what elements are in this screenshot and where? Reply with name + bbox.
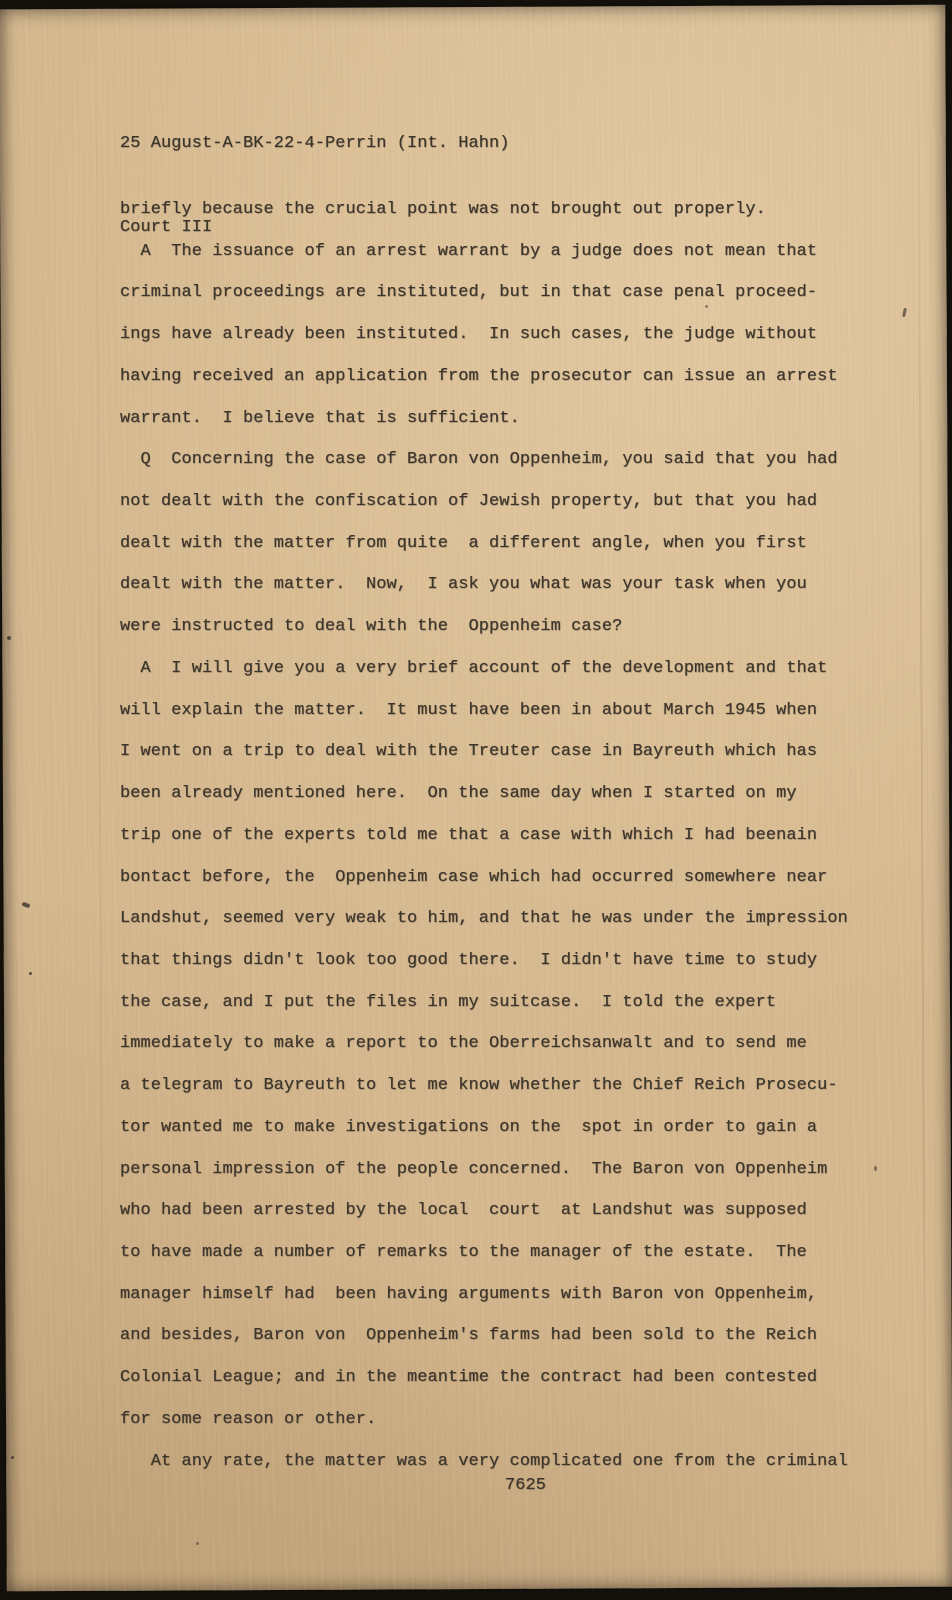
typed-line: a telegram to Bayreuth to let me know wh…	[120, 1065, 942, 1107]
ink-speck	[705, 305, 708, 308]
typed-line: A I will give you a very brief account o…	[120, 648, 942, 690]
typed-line: been already mentioned here. On the same…	[120, 773, 942, 815]
typed-line: Landshut, seemed very weak to him, and t…	[120, 898, 942, 940]
typed-line: manager himself had been having argument…	[120, 1274, 942, 1316]
ink-speck	[874, 1166, 877, 1171]
typed-line: briefly because the crucial point was no…	[120, 189, 942, 231]
ink-speck	[7, 636, 11, 640]
typed-line: tor wanted me to make investigations on …	[120, 1107, 942, 1149]
typed-line: were instructed to deal with the Oppenhe…	[120, 606, 942, 648]
scanned-document-page: { "document": { "header_line1": "25 Augu…	[0, 0, 952, 1600]
typed-line: not dealt with the confiscation of Jewis…	[120, 481, 942, 523]
typed-line: having received an application from the …	[120, 356, 942, 398]
typed-line: will explain the matter. It must have be…	[120, 690, 942, 732]
paper-crease	[95, 9, 105, 1591]
typed-line: ings have already been instituted. In su…	[120, 314, 942, 356]
typed-line: I went on a trip to deal with the Treute…	[120, 731, 942, 773]
typed-line: and besides, Baron von Oppenheim's farms…	[120, 1315, 942, 1357]
typed-line: dealt with the matter from quite a diffe…	[120, 523, 942, 565]
typed-line: Q Concerning the case of Baron von Oppen…	[120, 439, 942, 481]
typed-line: criminal proceedings are instituted, but…	[120, 272, 942, 314]
typed-line: Colonial League; and in the meantime the…	[120, 1357, 942, 1399]
typed-line: bontact before, the Oppenheim case which…	[120, 857, 942, 899]
page-number: 7625	[505, 1473, 546, 1499]
typed-lines: briefly because the crucial point was no…	[120, 189, 942, 1482]
typed-line: trip one of the experts told me that a c…	[120, 815, 942, 857]
typed-line: to have made a number of remarks to the …	[120, 1232, 942, 1274]
ink-speck	[196, 1542, 199, 1545]
ink-speck	[29, 972, 32, 975]
typed-line: warrant. I believe that is sufficient.	[120, 398, 942, 440]
typed-line: personal impression of the people concer…	[120, 1149, 942, 1191]
typed-line: that things didn't look too good there. …	[120, 940, 942, 982]
typed-line: for some reason or other.	[120, 1399, 942, 1441]
typed-line: immediately to make a report to the Ober…	[120, 1023, 942, 1065]
ink-speck	[11, 1456, 14, 1459]
header-reference-line: 25 August-A-BK-22-4-Perrin (Int. Hahn)	[120, 130, 510, 158]
typed-line: dealt with the matter. Now, I ask you wh…	[120, 564, 942, 606]
typed-line: who had been arrested by the local court…	[120, 1190, 942, 1232]
typed-line: A The issuance of an arrest warrant by a…	[120, 231, 942, 273]
typed-line: the case, and I put the files in my suit…	[120, 982, 942, 1024]
